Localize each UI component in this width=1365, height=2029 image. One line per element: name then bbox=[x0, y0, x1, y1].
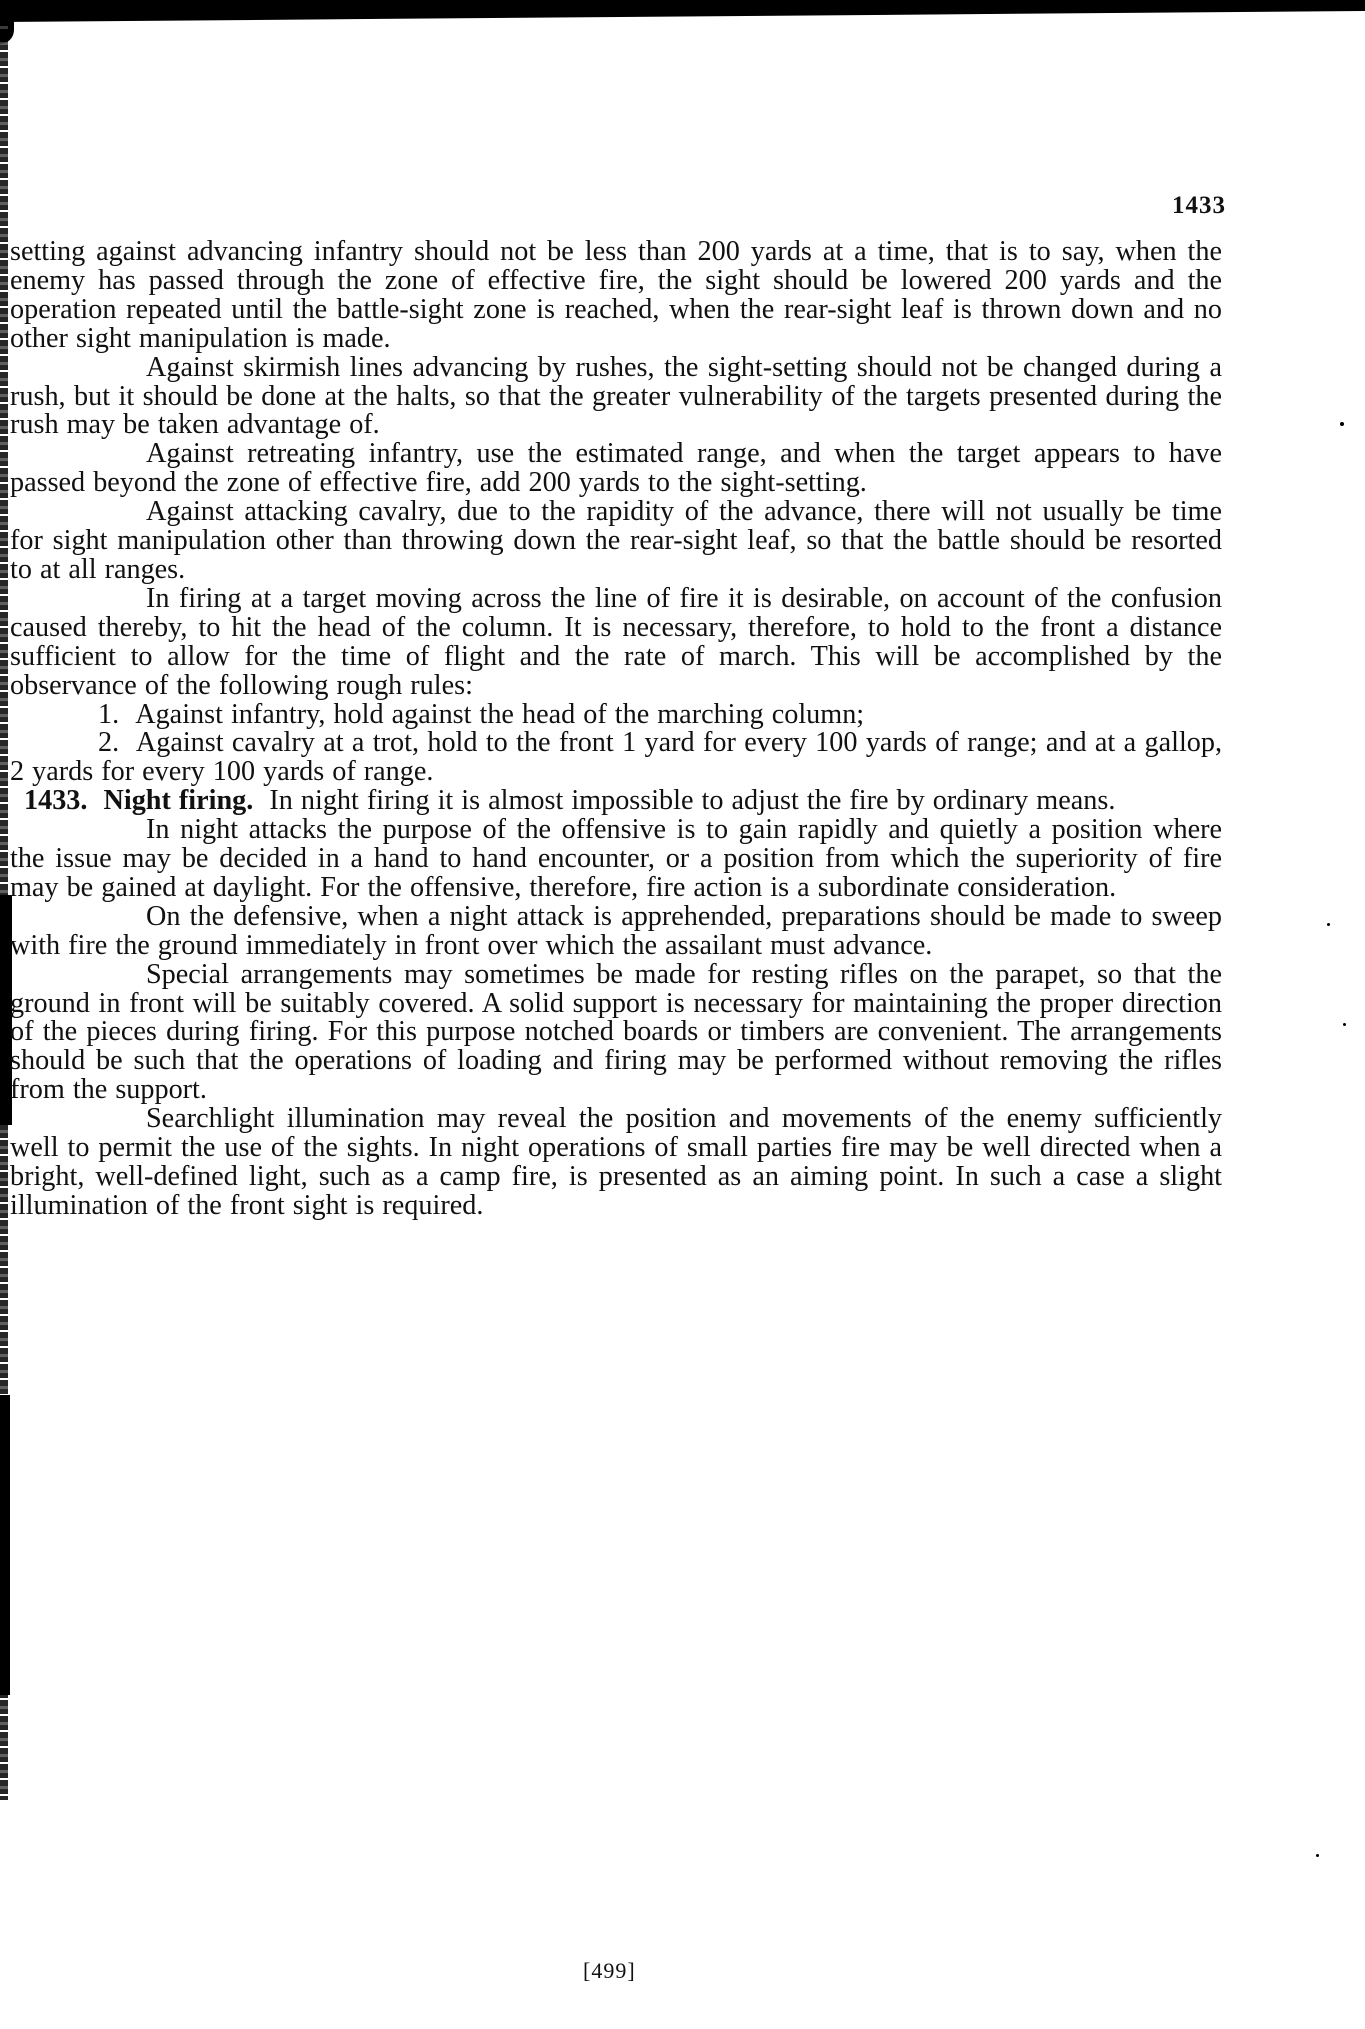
scan-speck bbox=[1327, 923, 1330, 926]
section-number: 1433. bbox=[10, 785, 87, 816]
scan-top-edge bbox=[0, 0, 1365, 22]
paragraph-defensive: On the defensive, when a night attack is… bbox=[10, 903, 1222, 961]
paragraph-retreating-infantry: Against retreating infantry, use the est… bbox=[10, 440, 1222, 498]
paragraph-continuation: setting against advancing infantry shoul… bbox=[10, 238, 1222, 354]
paragraph-attacking-cavalry: Against attacking cavalry, due to the ra… bbox=[10, 498, 1222, 585]
rule-item-1: 1. Against infantry, hold against the he… bbox=[10, 701, 1222, 730]
rule-text: Against infantry, hold against the head … bbox=[135, 699, 864, 730]
section-night-firing: 1433. Night firing. In night firing it i… bbox=[10, 787, 1222, 816]
scan-left-shadow bbox=[0, 1395, 10, 1695]
section-text: In night firing it is almost impossible … bbox=[269, 785, 1115, 816]
paragraph-moving-target: In firing at a target moving across the … bbox=[10, 585, 1222, 701]
scan-speck bbox=[1343, 1023, 1346, 1026]
rule-text: Against cavalry at a trot, hold to the f… bbox=[10, 727, 1222, 787]
rule-item-2: 2. Against cavalry at a trot, hold to th… bbox=[10, 729, 1222, 787]
scan-speck bbox=[1316, 1854, 1319, 1857]
section-title: Night firing. bbox=[104, 785, 254, 816]
paragraph-special-arrangements: Special arrangements may sometimes be ma… bbox=[10, 961, 1222, 1106]
rule-number: 1. bbox=[98, 699, 119, 730]
page-number-header: 1433 bbox=[1172, 192, 1226, 220]
scan-speck bbox=[1340, 422, 1344, 426]
paragraph-night-attacks: In night attacks the purpose of the offe… bbox=[10, 816, 1222, 903]
page-number-footer: [499] bbox=[583, 1958, 636, 1984]
paragraph-skirmish-lines: Against skirmish lines advancing by rush… bbox=[10, 354, 1222, 441]
paragraph-searchlight: Searchlight illumination may reveal the … bbox=[10, 1105, 1222, 1221]
page-body: setting against advancing infantry shoul… bbox=[10, 238, 1222, 1221]
rule-number: 2. bbox=[98, 727, 119, 758]
